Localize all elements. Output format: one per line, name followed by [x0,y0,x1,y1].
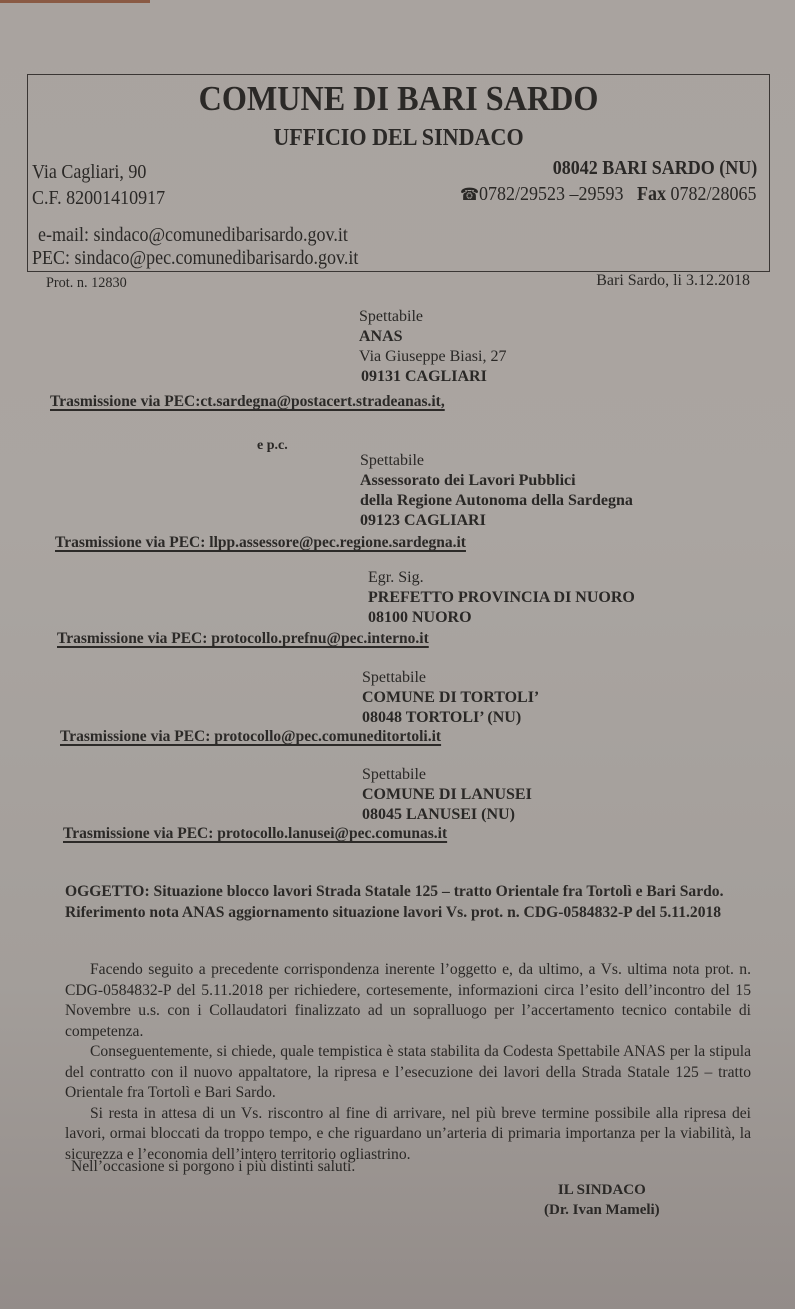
recipient-line: COMUNE DI LANUSEI [362,785,532,805]
salutation: Spettabile [360,451,633,471]
recipient-city: 09131 CAGLIARI [359,367,506,387]
pec-transmission-prefetto: Trasmissione via PEC: protocollo.prefnu@… [57,630,429,648]
recipient-line: Assessorato dei Lavori Pubblici [360,471,633,491]
cc-recipient-lanusei: Spettabile COMUNE DI LANUSEI 08045 LANUS… [362,765,532,825]
letter-body: Facendo seguito a precedente corrisponde… [65,960,751,1165]
desk-edge [0,0,150,3]
pec-transmission-lanusei: Trasmissione via PEC: protocollo.lanusei… [63,825,447,843]
recipient-line: della Regione Autonoma della Sardegna [360,491,633,511]
salutation: Egr. Sig. [368,568,635,588]
letter-date: Bari Sardo, li 3.12.2018 [596,272,750,290]
cc-label: e p.c. [257,438,288,454]
pec-transmission-assessorato: Trasmissione via PEC: llpp.assessore@pec… [55,534,466,552]
recipient-line: COMUNE DI TORTOLI’ [362,688,539,708]
street-address: Via Cagliari, 90 [32,161,146,184]
signer-role: IL SINDACO [544,1180,660,1200]
cc-recipient-assessorato: Spettabile Assessorato dei Lavori Pubbli… [360,451,633,531]
recipient-line: 09123 CAGLIARI [360,511,633,531]
recipient-line: PREFETTO PROVINCIA DI NUORO [368,588,635,608]
recipient-line: 08048 TORTOLI’ (NU) [362,708,539,728]
fax-label: Fax [637,183,666,205]
phone-icon: ☎ [460,185,479,204]
recipient-anas: Spettabile ANAS Via Giuseppe Biasi, 27 0… [359,307,506,387]
cc-recipient-tortoli: Spettabile COMUNE DI TORTOLI’ 08048 TORT… [362,668,539,728]
email-address: e-mail: sindaco@comunedibarisardo.gov.it [38,224,348,247]
recipient-street: Via Giuseppe Biasi, 27 [359,347,506,367]
cc-recipient-prefetto: Egr. Sig. PREFETTO PROVINCIA DI NUORO 08… [368,568,635,628]
phone-number: 0782/29523 –29593 [479,183,624,205]
body-paragraph: Facendo seguito a precedente corrisponde… [65,960,751,1042]
signature-block: IL SINDACO (Dr. Ivan Mameli) [544,1180,660,1220]
letter-subject: OGGETTO: Situazione blocco lavori Strada… [65,881,750,923]
pec-address: PEC: sindaco@pec.comunedibarisardo.gov.i… [32,247,358,270]
salutation: Spettabile [362,765,532,785]
pec-transmission-anas: Trasmissione via PEC:ct.sardegna@postace… [50,393,445,411]
body-paragraph: Si resta in attesa di un Vs. riscontro a… [65,1104,751,1166]
letterhead: COMUNE DI BARI SARDO UFFICIO DEL SINDACO… [27,74,770,272]
city-postcode: 08042 BARI SARDO (NU) [552,157,757,180]
closing-greeting: Nell’occasione si porgono i più distinti… [71,1158,355,1176]
recipient-line: 08045 LANUSEI (NU) [362,805,532,825]
recipient-name: ANAS [359,327,506,347]
body-paragraph: Conseguentemente, si chiede, quale tempi… [65,1042,751,1104]
phone-fax: ☎0782/29523 –29593 Fax 0782/28065 [460,183,757,206]
signer-name: (Dr. Ivan Mameli) [544,1200,660,1220]
pec-transmission-tortoli: Trasmissione via PEC: protocollo@pec.com… [60,728,441,746]
salutation: Spettabile [359,307,506,327]
salutation: Spettabile [362,668,539,688]
protocol-number: Prot. n. 12830 [46,275,127,292]
fax-number: 0782/28065 [671,183,757,205]
office-subtitle: UFFICIO DEL SINDACO [58,125,740,152]
fiscal-code: C.F. 82001410917 [32,187,165,210]
municipality-title: COMUNE DI BARI SARDO [58,79,740,119]
recipient-line: 08100 NUORO [368,608,635,628]
